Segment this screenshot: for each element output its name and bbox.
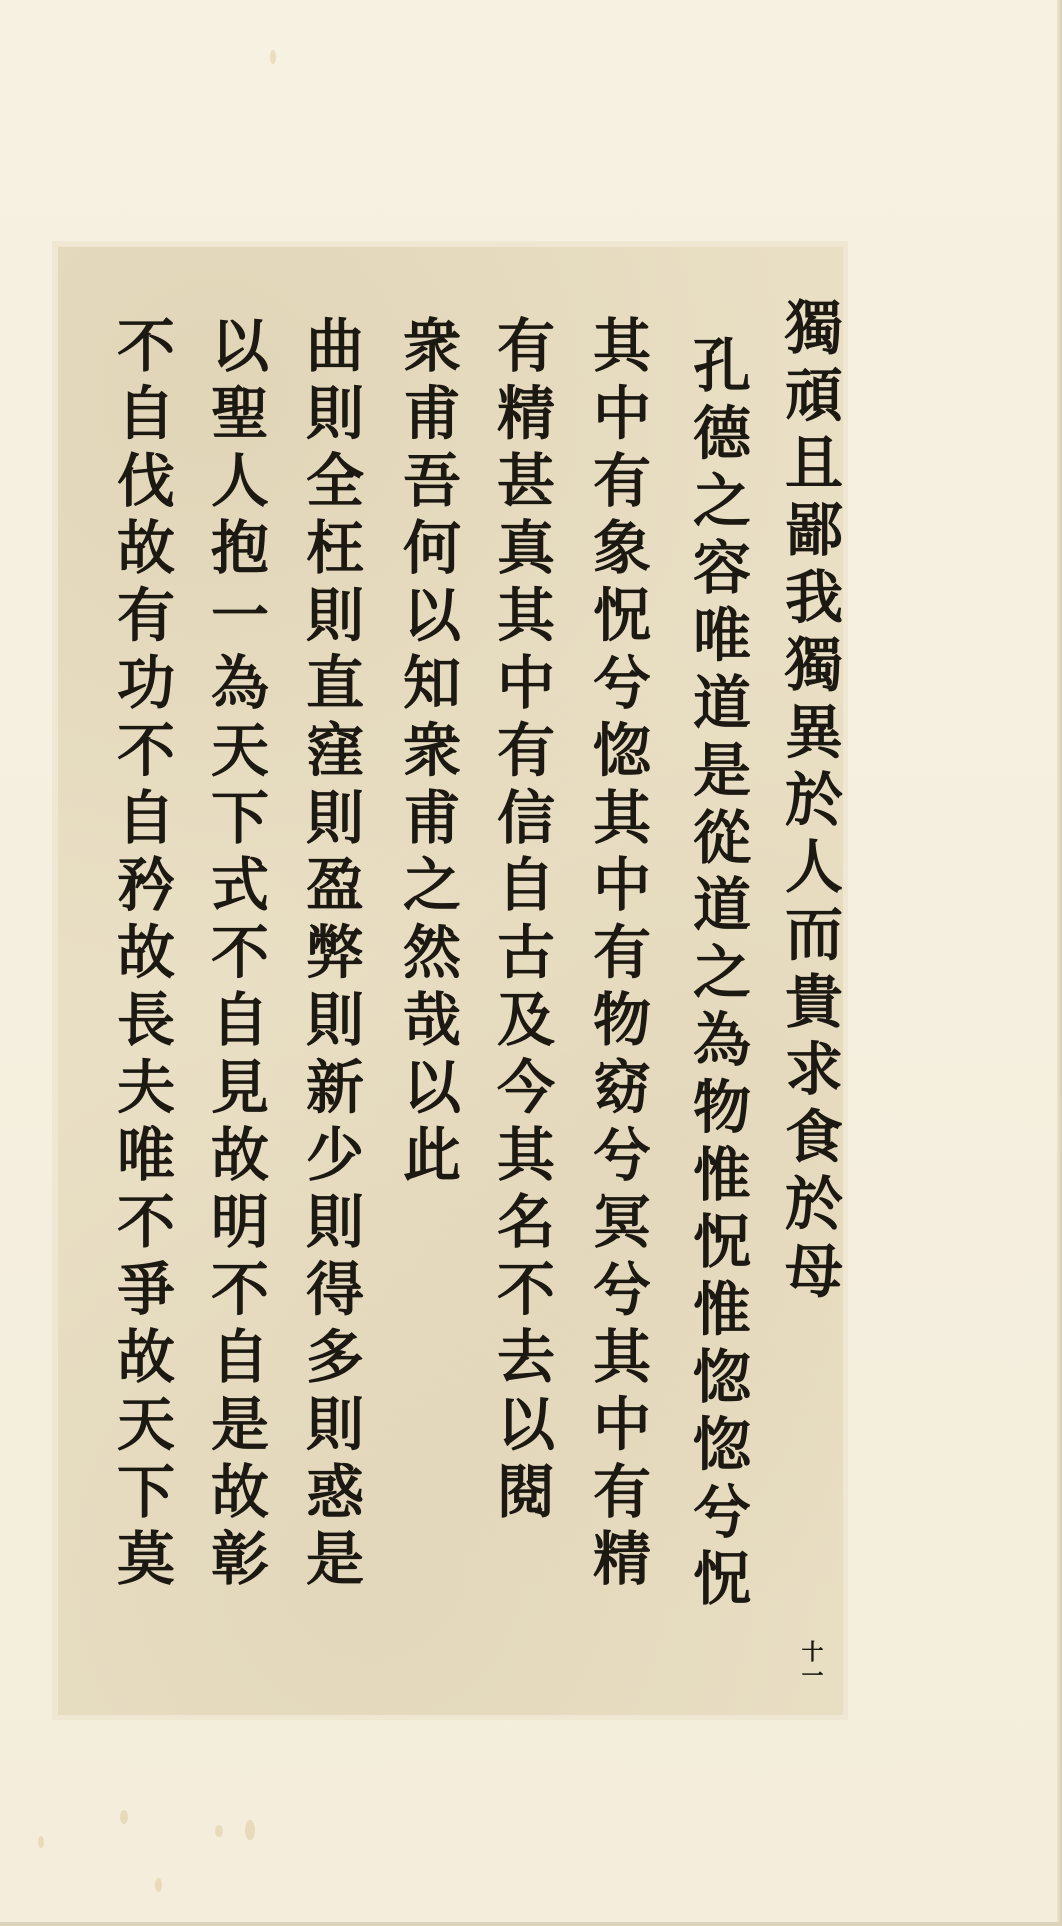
paper-stain <box>120 1810 128 1824</box>
text-column-6: 曲則全枉則直窪則盈弊則新少則得多則惑是 <box>301 315 359 1596</box>
paper-stain <box>155 1878 162 1892</box>
text-column-7: 以聖人抱一為天下式不自見故明不自是故彰 <box>206 315 264 1596</box>
paper-stain <box>38 1836 44 1848</box>
paper-stain <box>270 50 276 64</box>
page-number: 十一 <box>800 1640 822 1688</box>
text-column-5: 衆甫吾何以知衆甫之然哉以此 <box>398 315 456 1191</box>
text-column-1: 獨頑且鄙我獨異於人而貴求食於母 <box>780 297 838 1308</box>
paper-stain <box>245 1820 255 1840</box>
text-column-2: 孔德之容唯道是從道之為物惟怳惟惚惚兮怳 <box>688 335 746 1616</box>
text-column-3: 其中有象怳兮惚其中有物窈兮冥兮其中有精 <box>588 315 646 1596</box>
calligraphy-panel: 獨頑且鄙我獨異於人而貴求食於母 孔德之容唯道是從道之為物惟怳惟惚惚兮怳 其中有象… <box>58 247 843 1715</box>
paper-stain <box>215 1825 223 1837</box>
text-column-8: 不自伐故有功不自矜故長夫唯不爭故天下莫 <box>112 315 170 1596</box>
album-mount: 獨頑且鄙我獨異於人而貴求食於母 孔德之容唯道是從道之為物惟怳惟惚惚兮怳 其中有象… <box>0 0 1062 1926</box>
mount-right-edge <box>1057 0 1062 1926</box>
mount-bottom-edge <box>0 1922 1062 1926</box>
text-column-4: 有精甚真其中有信自古及今其名不去以閱 <box>492 315 550 1528</box>
